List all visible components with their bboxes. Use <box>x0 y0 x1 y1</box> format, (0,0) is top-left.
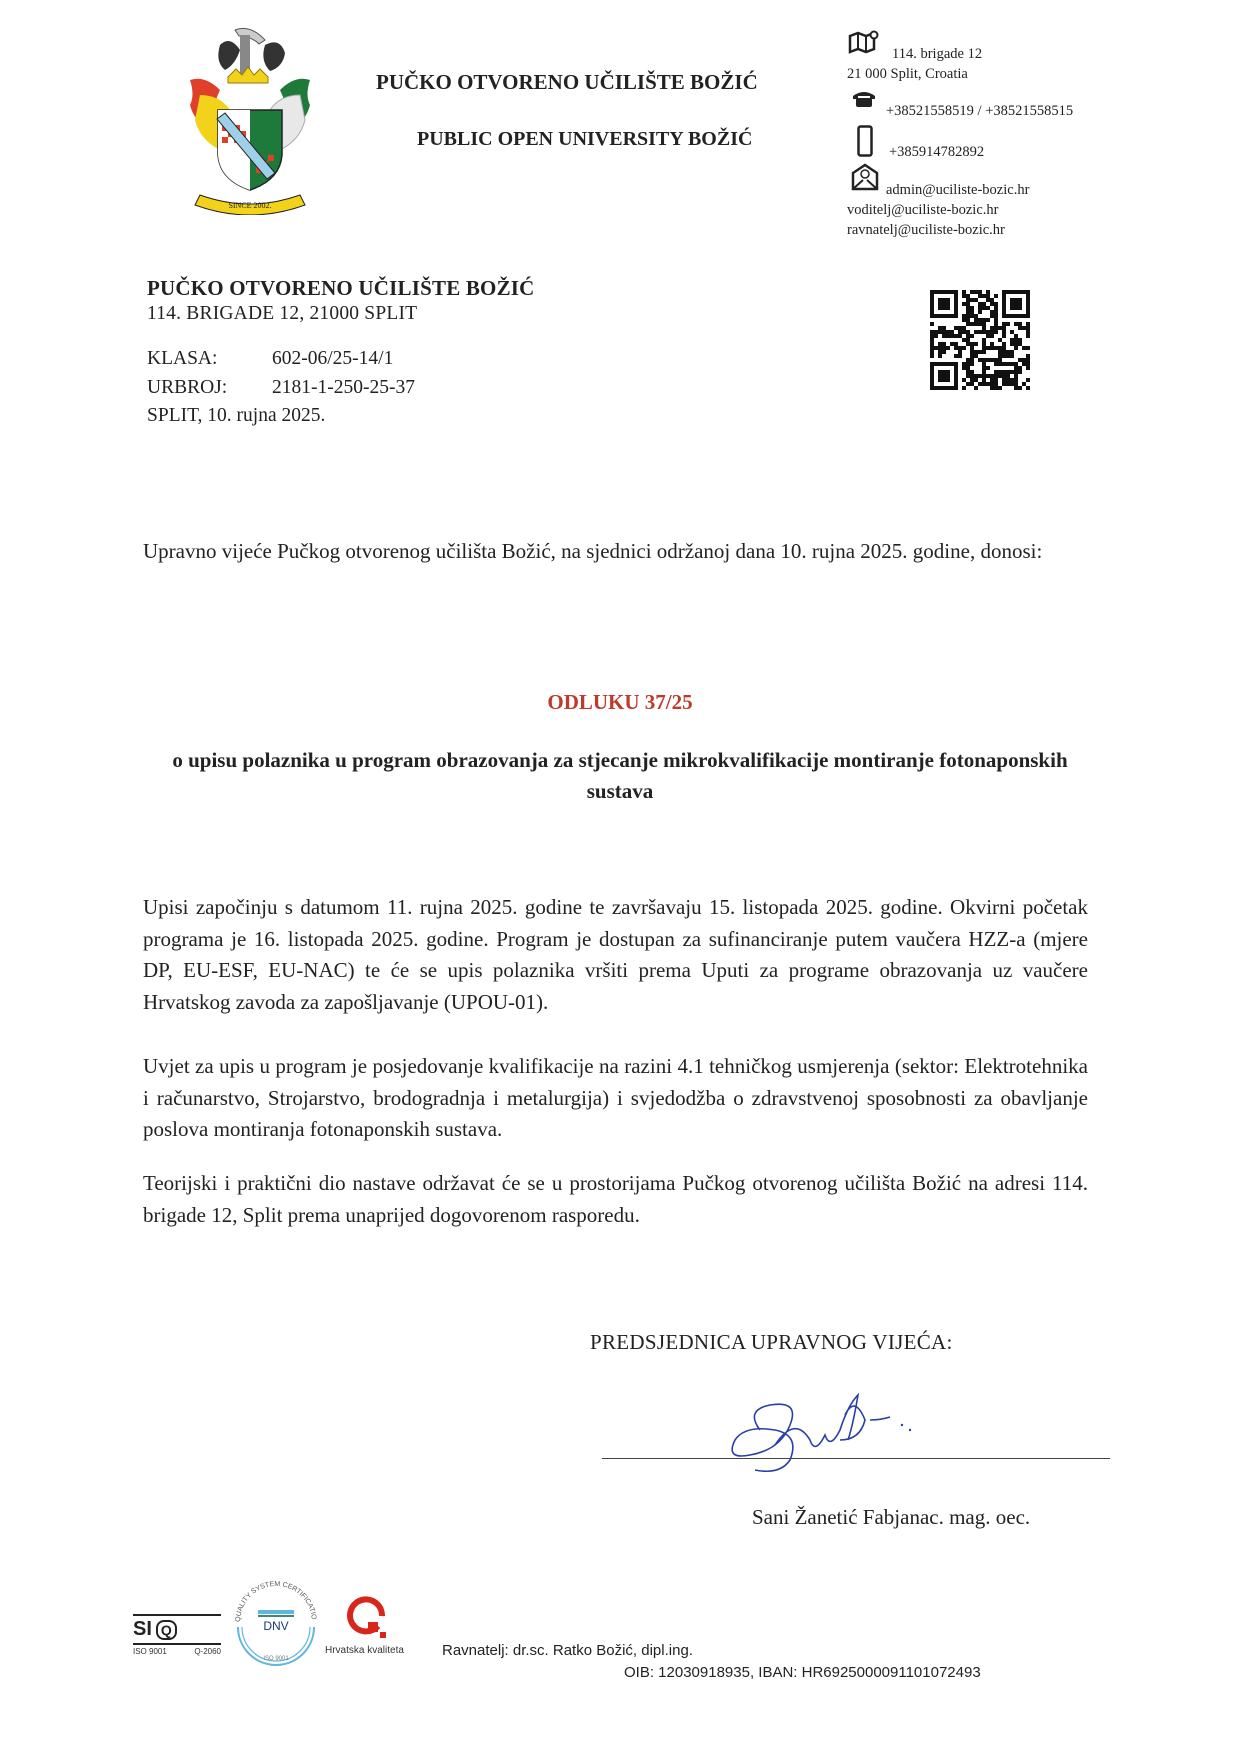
phone-numbers[interactable]: +38521558519 / +38521558515 <box>886 103 1073 120</box>
klasa-label: KLASA: <box>147 348 272 370</box>
email-ravnatelj[interactable]: ravnatelj@uciliste-bozic.hr <box>847 222 1005 239</box>
urbroj-value: 2181-1-250-25-37 <box>272 377 415 398</box>
mobile-number[interactable]: +385914782892 <box>889 144 984 161</box>
urbroj-label: URBROJ: <box>147 377 272 399</box>
paragraph-requirements: Uvjet za upis u program je posjedovanje … <box>143 1051 1088 1146</box>
sender-address: 114. BRIGADE 12, 21000 SPLIT <box>147 303 417 325</box>
email-admin[interactable]: admin@uciliste-bozic.hr <box>886 182 1029 199</box>
address-line-1: 114. brigade 12 <box>892 46 982 63</box>
si-iso-label: ISO 9001 <box>133 1647 167 1656</box>
institution-name-english: PUBLIC OPEN UNIVERSITY BOŽIĆ <box>417 128 752 151</box>
si-quality-logo: SIQ ISO 9001 Q-2060 <box>133 1614 221 1656</box>
svg-text:DNV: DNV <box>263 1619 288 1633</box>
paragraph-enrollment-dates: Upisi započinju s datumom 11. rujna 2025… <box>143 892 1088 1018</box>
hrvatska-kvaliteta-logo <box>338 1596 394 1642</box>
qr-code[interactable] <box>930 290 1030 390</box>
decision-title: ODLUKU 37/25 <box>0 690 1240 715</box>
decision-subject: o upisu polaznika u program obrazovanja … <box>150 745 1090 807</box>
mobile-phone-icon <box>857 125 873 157</box>
paragraph-location: Teorijski i praktični dio nastave održav… <box>143 1168 1088 1231</box>
signature-line <box>602 1458 1110 1459</box>
sender-name: PUČKO OTVORENO UČILIŠTE BOŽIĆ <box>147 276 535 301</box>
hrvatska-kvaliteta-label: Hrvatska kvaliteta <box>325 1645 404 1656</box>
si-code: Q-2060 <box>194 1647 221 1656</box>
email-voditelj[interactable]: voditelj@uciliste-bozic.hr <box>847 202 998 219</box>
map-icon <box>848 30 880 54</box>
director-line: Ravnatelj: dr.sc. Ratko Božić, dipl.ing. <box>442 1642 693 1659</box>
svg-text:QUALITY SYSTEM CERTIFICATION: QUALITY SYSTEM CERTIFICATION <box>226 1572 317 1622</box>
signatory-role: PREDSJEDNICA UPRAVNOG VIJEĆA: <box>590 1330 953 1355</box>
oib-iban-line: OIB: 12030918935, IBAN: HR69250000911010… <box>624 1664 981 1681</box>
place-date: SPLIT, 10. rujna 2025. <box>147 405 325 427</box>
institution-name-croatian: PUČKO OTVORENO UČILIŠTE BOŽIĆ <box>376 70 758 95</box>
svg-text:ISO 9001: ISO 9001 <box>263 1656 289 1662</box>
dnv-certification-logo: QUALITY SYSTEM CERTIFICATION DNV ISO 900… <box>226 1572 326 1672</box>
intro-paragraph: Upravno vijeće Pučkog otvorenog učilišta… <box>143 536 1088 568</box>
klasa-row: KLASA:602-06/25-14/1 <box>147 348 393 370</box>
telephone-icon <box>852 90 876 108</box>
address-line-2: 21 000 Split, Croatia <box>847 66 968 83</box>
signatory-name: Sani Žanetić Fabjanac. mag. oec. <box>752 1505 1030 1530</box>
svg-text:SINCE 2002.: SINCE 2002. <box>228 201 271 210</box>
email-icon <box>851 163 879 191</box>
handwritten-signature <box>720 1390 950 1485</box>
institution-crest-logo: SINCE 2002. <box>180 25 320 215</box>
urbroj-row: URBROJ:2181-1-250-25-37 <box>147 377 415 399</box>
klasa-value: 602-06/25-14/1 <box>272 348 393 369</box>
